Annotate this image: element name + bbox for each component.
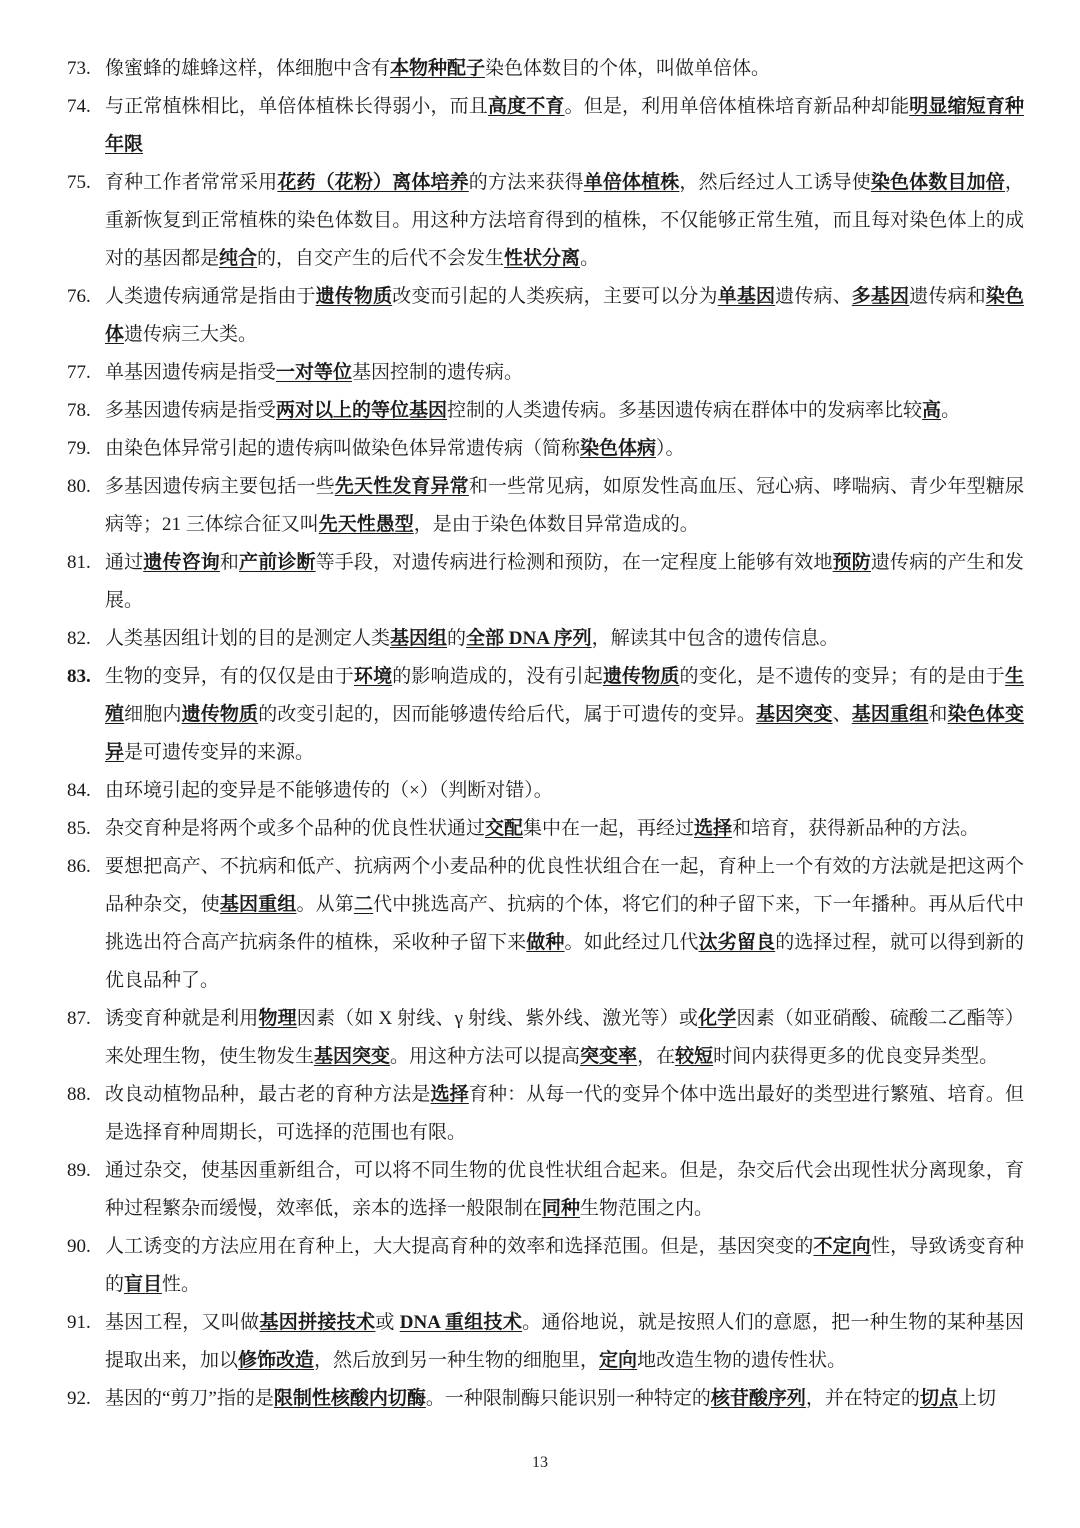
key-term: 先天性愚型 — [319, 514, 414, 535]
text-run: 基因控制的遗传病。 — [352, 362, 523, 383]
note-item-85: 85.杂交育种是将两个或多个品种的优良性状通过交配集中在一起，再经过选择和培育，… — [67, 810, 1024, 848]
text-run: 和 — [220, 552, 239, 573]
text-run: 遗传病、 — [775, 286, 852, 307]
key-term: 基因重组 — [852, 704, 929, 725]
text-run: 和培育，获得新品种的方法。 — [732, 818, 979, 839]
key-term: 突变率 — [580, 1046, 637, 1067]
text-run: 诱变育种就是利用 — [105, 1008, 258, 1029]
key-term: 两对以上的等位基因 — [276, 400, 447, 421]
text-run: ，是由于染色体数目异常造成的。 — [414, 514, 699, 535]
text-run: 、 — [833, 704, 852, 725]
text-run: 。 — [580, 248, 599, 269]
note-item-75: 75.育种工作者常常采用花药（花粉）离体培养的方法来获得单倍体植株，然后经过人工… — [67, 164, 1024, 278]
text-run: 。从第 — [296, 894, 353, 915]
key-term: 遗传咨询 — [143, 552, 220, 573]
text-run: 生物的变异，有的仅仅是由于 — [105, 666, 354, 687]
item-text: 单基因遗传病是指受一对等位基因控制的遗传病。 — [105, 354, 1024, 392]
text-run: 由染色体异常引起的遗传病叫做染色体异常遗传病（简称 — [105, 438, 580, 459]
item-number: 80. — [67, 468, 105, 544]
text-run: 人工诱变的方法应用在育种上，大大提高育种的效率和选择范围。但是，基因突变的 — [105, 1236, 813, 1257]
key-term: 基因突变 — [314, 1046, 390, 1067]
note-item-89: 89.通过杂交，使基因重新组合，可以将不同生物的优良性状组合起来。但是，杂交后代… — [67, 1152, 1024, 1228]
text-run: 或 — [375, 1312, 399, 1333]
document-page: 73.像蜜蜂的雄蜂这样，体细胞中含有本物种配子染色体数目的个体，叫做单倍体。74… — [0, 0, 1080, 1418]
key-term: 同种 — [542, 1198, 580, 1219]
text-run: ，在 — [637, 1046, 675, 1067]
note-item-84: 84.由环境引起的变异是不能够遗传的（×）（判断对错）。 — [67, 772, 1024, 810]
item-number: 84. — [67, 772, 105, 810]
item-text: 多基因遗传病是指受两对以上的等位基因控制的人类遗传病。多基因遗传病在群体中的发病… — [105, 392, 1024, 430]
item-text: 生物的变异，有的仅仅是由于环境的影响造成的，没有引起遗传物质的变化，是不遗传的变… — [105, 658, 1024, 772]
key-term: 物理 — [258, 1008, 296, 1029]
key-term: 盲目 — [124, 1274, 162, 1295]
key-term: 基因重组 — [220, 894, 297, 915]
key-term: 高 — [922, 400, 941, 421]
item-text: 基因的“剪刀”指的是限制性核酸内切酶。一种限制酶只能识别一种特定的核苷酸序列，并… — [105, 1380, 1024, 1418]
note-item-90: 90.人工诱变的方法应用在育种上，大大提高育种的效率和选择范围。但是，基因突变的… — [67, 1228, 1024, 1304]
key-term: 先天性发育异常 — [335, 476, 469, 497]
item-text: 人工诱变的方法应用在育种上，大大提高育种的效率和选择范围。但是，基因突变的不定向… — [105, 1228, 1024, 1304]
text-run: 的变化，是不遗传的变异；有的是由于 — [679, 666, 1005, 687]
key-term: 交配 — [485, 818, 523, 839]
text-run: 多基因遗传病是指受 — [105, 400, 276, 421]
text-run: 。用这种方法可以提高 — [390, 1046, 580, 1067]
item-number: 75. — [67, 164, 105, 278]
key-term: 切点 — [920, 1388, 958, 1409]
note-item-92: 92.基因的“剪刀”指的是限制性核酸内切酶。一种限制酶只能识别一种特定的核苷酸序… — [67, 1380, 1024, 1418]
text-run: ）。 — [656, 438, 685, 459]
key-term: 全部 DNA 序列 — [466, 628, 592, 649]
key-term: 选择 — [431, 1084, 469, 1105]
page-number: 13 — [0, 1454, 1080, 1472]
note-item-82: 82.人类基因组计划的目的是测定人类基因组的全部 DNA 序列，解读其中包含的遗… — [67, 620, 1024, 658]
text-run: 单基因遗传病是指受 — [105, 362, 276, 383]
item-number: 77. — [67, 354, 105, 392]
note-item-74: 74.与正常植株相比，单倍体植株长得弱小，而且高度不育。但是，利用单倍体植株培育… — [67, 88, 1024, 164]
key-term: 一对等位 — [276, 362, 352, 383]
text-run: 是可遗传变异的来源。 — [124, 742, 314, 763]
text-run: 育种工作者常常采用 — [105, 172, 277, 193]
note-item-79: 79.由染色体异常引起的遗传病叫做染色体异常遗传病（简称染色体病）。 — [67, 430, 1024, 468]
note-item-76: 76.人类遗传病通常是指由于遗传物质改变而引起的人类疾病，主要可以分为单基因遗传… — [67, 278, 1024, 354]
text-run: 基因工程，又叫做 — [105, 1312, 260, 1333]
key-term: 预防 — [833, 552, 871, 573]
text-run: 细胞内 — [124, 704, 181, 725]
text-run: 和 — [928, 704, 947, 725]
text-run: 上切 — [958, 1388, 996, 1409]
note-item-83: 83.生物的变异，有的仅仅是由于环境的影响造成的，没有引起遗传物质的变化，是不遗… — [67, 658, 1024, 772]
item-number: 91. — [67, 1304, 105, 1380]
item-text: 诱变育种就是利用物理因素（如 X 射线、γ 射线、紫外线、激光等）或化学因素（如… — [105, 1000, 1024, 1076]
key-term: 定向 — [599, 1350, 637, 1371]
key-term: 不定向 — [813, 1236, 870, 1257]
key-term: 产前诊断 — [239, 552, 316, 573]
item-text: 由环境引起的变异是不能够遗传的（×）（判断对错）。 — [105, 772, 1024, 810]
note-item-80: 80.多基因遗传病主要包括一些先天性发育异常和一些常见病，如原发性高血压、冠心病… — [67, 468, 1024, 544]
note-item-88: 88.改良动植物品种，最古老的育种方法是选择育种：从每一代的变异个体中选出最好的… — [67, 1076, 1024, 1152]
item-text: 人类基因组计划的目的是测定人类基因组的全部 DNA 序列，解读其中包含的遗传信息… — [105, 620, 1024, 658]
text-run: 的改变引起的，因而能够遗传给后代，属于可遗传的变异。 — [258, 704, 756, 725]
item-text: 通过遗传咨询和产前诊断等手段，对遗传病进行检测和预防，在一定程度上能够有效地预防… — [105, 544, 1024, 620]
text-run: 集中在一起，再经过 — [523, 818, 694, 839]
note-item-91: 91.基因工程，又叫做基因拼接技术或 DNA 重组技术。通俗地说，就是按照人们的… — [67, 1304, 1024, 1380]
text-run: 因素（如 X 射线、γ 射线、紫外线、激光等）或 — [297, 1008, 698, 1029]
item-number: 83. — [67, 658, 105, 772]
note-item-73: 73.像蜜蜂的雄蜂这样，体细胞中含有本物种配子染色体数目的个体，叫做单倍体。 — [67, 50, 1024, 88]
key-term: 本物种配子 — [390, 58, 485, 79]
item-number: 78. — [67, 392, 105, 430]
item-number: 81. — [67, 544, 105, 620]
key-term: 多基因 — [852, 286, 909, 307]
key-term: 遗传物质 — [603, 666, 680, 687]
text-run: 的影响造成的，没有引起 — [392, 666, 603, 687]
notes-list: 73.像蜜蜂的雄蜂这样，体细胞中含有本物种配子染色体数目的个体，叫做单倍体。74… — [67, 50, 1024, 1418]
text-run: 染色体数目的个体，叫做单倍体。 — [485, 58, 770, 79]
text-run: 。如此经过几代 — [565, 932, 699, 953]
key-term: 限制性核酸内切酶 — [274, 1388, 426, 1409]
text-run: 的 — [447, 628, 466, 649]
item-number: 82. — [67, 620, 105, 658]
text-run: 。但是，利用单倍体植株培育新品种却能 — [565, 96, 910, 117]
item-number: 74. — [67, 88, 105, 164]
key-term: 二 — [354, 894, 373, 915]
item-number: 79. — [67, 430, 105, 468]
text-run: ，并在特定的 — [806, 1388, 920, 1409]
key-term: 做种 — [526, 932, 564, 953]
key-term: 修饰改造 — [238, 1350, 314, 1371]
key-term: 环境 — [354, 666, 392, 687]
item-text: 由染色体异常引起的遗传病叫做染色体异常遗传病（简称染色体病）。 — [105, 430, 1024, 468]
item-text: 人类遗传病通常是指由于遗传物质改变而引起的人类疾病，主要可以分为单基因遗传病、多… — [105, 278, 1024, 354]
key-term: 基因组 — [390, 628, 447, 649]
text-run: 由环境引起的变异是不能够遗传的（×）（判断对错）。 — [105, 780, 553, 801]
text-run: 时间内获得更多的优良变异类型。 — [713, 1046, 998, 1067]
text-run: ，然后经过人工诱导使 — [679, 172, 870, 193]
text-run: 改良动植物品种，最古老的育种方法是 — [105, 1084, 431, 1105]
text-run: 通过 — [105, 552, 143, 573]
text-run: 遗传病三大类。 — [124, 324, 257, 345]
text-run: 的，自交产生的后代不会发生 — [257, 248, 504, 269]
key-term: 基因突变 — [756, 704, 833, 725]
note-item-81: 81.通过遗传咨询和产前诊断等手段，对遗传病进行检测和预防，在一定程度上能够有效… — [67, 544, 1024, 620]
key-term: 核苷酸序列 — [711, 1388, 806, 1409]
text-run: 地改造生物的遗传性状。 — [637, 1350, 846, 1371]
item-text: 基因工程，又叫做基因拼接技术或 DNA 重组技术。通俗地说，就是按照人们的意愿，… — [105, 1304, 1024, 1380]
text-run: 杂交育种是将两个或多个品种的优良性状通过 — [105, 818, 485, 839]
item-text: 改良动植物品种，最古老的育种方法是选择育种：从每一代的变异个体中选出最好的类型进… — [105, 1076, 1024, 1152]
key-term: 选择 — [694, 818, 732, 839]
key-term: 单倍体植株 — [584, 172, 680, 193]
text-run: 改变而引起的人类疾病，主要可以分为 — [392, 286, 718, 307]
item-text: 育种工作者常常采用花药（花粉）离体培养的方法来获得单倍体植株，然后经过人工诱导使… — [105, 164, 1024, 278]
text-run: 遗传病和 — [909, 286, 986, 307]
key-term: DNA 重组技术 — [400, 1312, 522, 1333]
text-run: 生物范围之内。 — [580, 1198, 713, 1219]
item-number: 85. — [67, 810, 105, 848]
key-term: 纯合 — [219, 248, 257, 269]
item-number: 92. — [67, 1380, 105, 1418]
text-run: 的方法来获得 — [469, 172, 584, 193]
note-item-77: 77.单基因遗传病是指受一对等位基因控制的遗传病。 — [67, 354, 1024, 392]
item-text: 通过杂交，使基因重新组合，可以将不同生物的优良性状组合起来。但是，杂交后代会出现… — [105, 1152, 1024, 1228]
text-run: ，然后放到另一种生物的细胞里， — [314, 1350, 599, 1371]
key-term: 化学 — [698, 1008, 736, 1029]
item-number: 76. — [67, 278, 105, 354]
text-run: 。一种限制酶只能识别一种特定的 — [426, 1388, 711, 1409]
text-run: 。 — [941, 400, 960, 421]
key-term: 染色体病 — [580, 438, 656, 459]
text-run: 等手段，对遗传病进行检测和预防，在一定程度上能够有效地 — [316, 552, 833, 573]
text-run: 性。 — [162, 1274, 200, 1295]
key-term: 高度不育 — [488, 96, 565, 117]
text-run: 像蜜蜂的雄蜂这样，体细胞中含有 — [105, 58, 390, 79]
text-run: 多基因遗传病主要包括一些 — [105, 476, 335, 497]
item-number: 87. — [67, 1000, 105, 1076]
item-number: 89. — [67, 1152, 105, 1228]
item-number: 90. — [67, 1228, 105, 1304]
text-run: 与正常植株相比，单倍体植株长得弱小，而且 — [105, 96, 488, 117]
key-term: 汰劣留良 — [699, 932, 776, 953]
key-term: 染色体数目加倍 — [871, 172, 1005, 193]
key-term: 遗传物质 — [316, 286, 393, 307]
key-term: 单基因 — [718, 286, 775, 307]
key-term: 基因拼接技术 — [260, 1312, 376, 1333]
item-text: 多基因遗传病主要包括一些先天性发育异常和一些常见病，如原发性高血压、冠心病、哮喘… — [105, 468, 1024, 544]
item-number: 73. — [67, 50, 105, 88]
key-term: 遗传物质 — [182, 704, 259, 725]
item-number: 88. — [67, 1076, 105, 1152]
note-item-86: 86.要想把高产、不抗病和低产、抗病两个小麦品种的优良性状组合在一起，育种上一个… — [67, 848, 1024, 1000]
item-number: 86. — [67, 848, 105, 1000]
text-run: 控制的人类遗传病。多基因遗传病在群体中的发病率比较 — [447, 400, 922, 421]
key-term: 较短 — [675, 1046, 713, 1067]
text-run: 基因的“剪刀”指的是 — [105, 1388, 274, 1409]
text-run: 人类遗传病通常是指由于 — [105, 286, 316, 307]
item-text: 与正常植株相比，单倍体植株长得弱小，而且高度不育。但是，利用单倍体植株培育新品种… — [105, 88, 1024, 164]
text-run: ，解读其中包含的遗传信息。 — [592, 628, 839, 649]
key-term: 性状分离 — [504, 248, 580, 269]
note-item-87: 87.诱变育种就是利用物理因素（如 X 射线、γ 射线、紫外线、激光等）或化学因… — [67, 1000, 1024, 1076]
item-text: 杂交育种是将两个或多个品种的优良性状通过交配集中在一起，再经过选择和培育，获得新… — [105, 810, 1024, 848]
item-text: 像蜜蜂的雄蜂这样，体细胞中含有本物种配子染色体数目的个体，叫做单倍体。 — [105, 50, 1024, 88]
item-text: 要想把高产、不抗病和低产、抗病两个小麦品种的优良性状组合在一起，育种上一个有效的… — [105, 848, 1024, 1000]
key-term: 花药（花粉）离体培养 — [277, 172, 468, 193]
text-run: 人类基因组计划的目的是测定人类 — [105, 628, 390, 649]
note-item-78: 78.多基因遗传病是指受两对以上的等位基因控制的人类遗传病。多基因遗传病在群体中… — [67, 392, 1024, 430]
